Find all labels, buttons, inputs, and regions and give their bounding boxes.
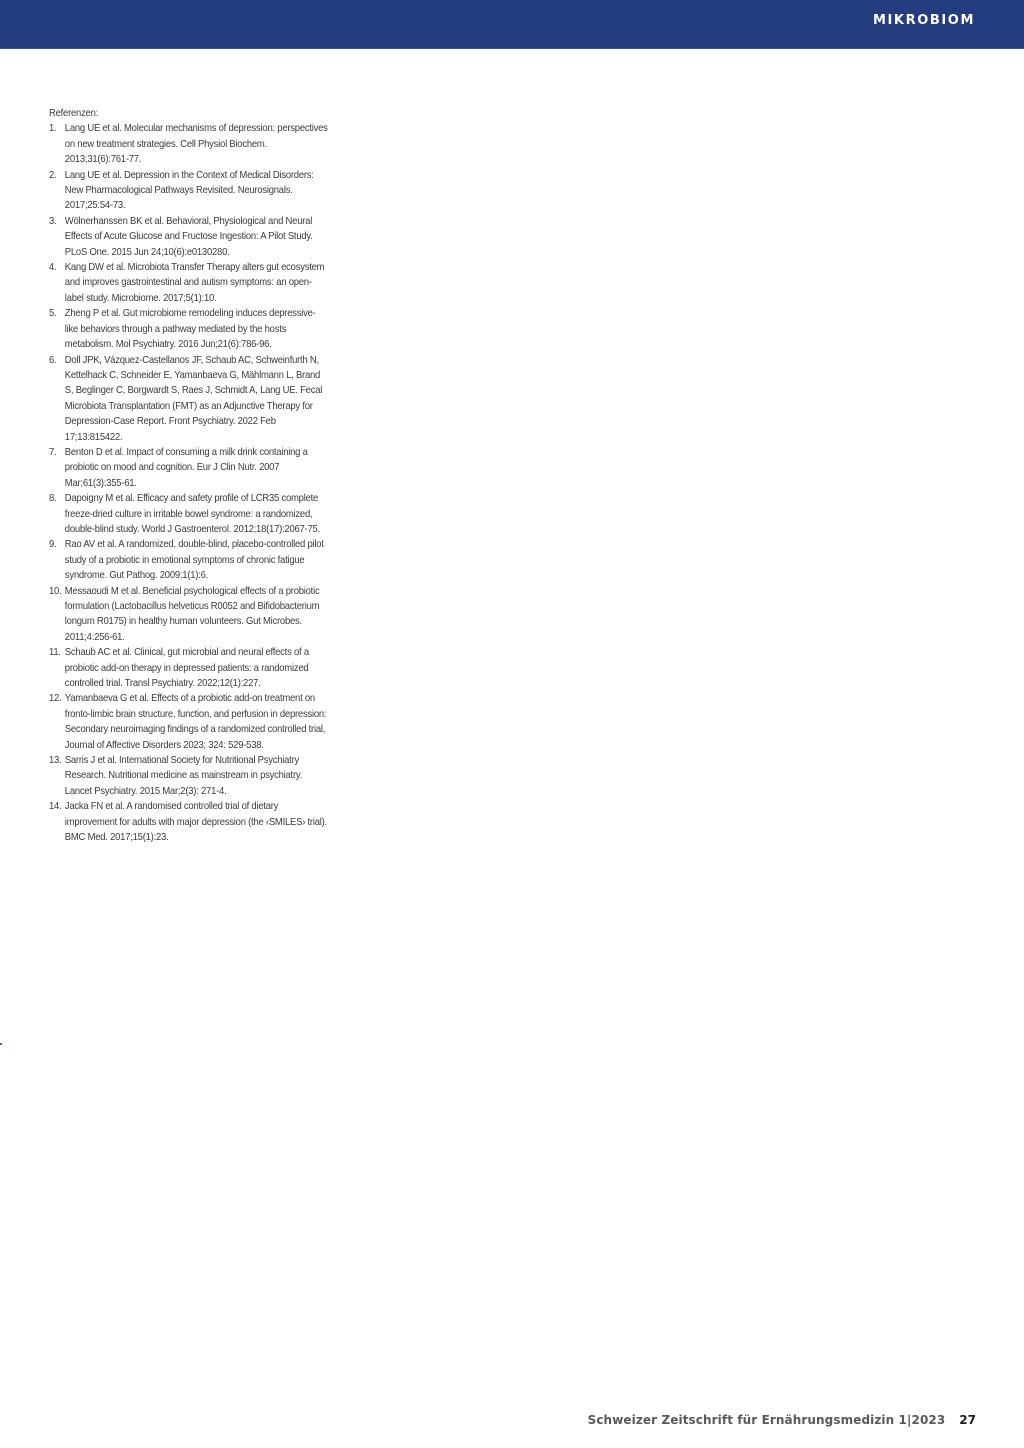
reference-item: 2.Lang UE et al. Depression in the Conte…: [49, 168, 328, 214]
section-label: MIKROBIOM: [873, 13, 975, 28]
reference-text: Lang UE et al. Molecular mechanisms of d…: [65, 121, 328, 167]
reference-number: 12.: [49, 691, 65, 706]
reference-number: 7.: [49, 445, 65, 460]
header-band: MIKROBIOM: [0, 0, 1024, 49]
reference-number: 3.: [49, 214, 65, 229]
reference-item: 14.Jacka FN et al. A randomised controll…: [49, 799, 328, 845]
reference-item: 5.Zheng P et al. Gut microbiome remodeli…: [49, 306, 328, 352]
references-section: Referenzen: 1.Lang UE et al. Molecular m…: [49, 106, 328, 846]
references-heading: Referenzen:: [49, 106, 328, 121]
reference-text: Schaub AC et al. Clinical, gut microbial…: [65, 645, 328, 691]
reference-text: Dapoigny M et al. Efficacy and safety pr…: [65, 491, 328, 537]
reference-number: 6.: [49, 353, 65, 368]
reference-text: Lang UE et al. Depression in the Context…: [65, 168, 328, 214]
reference-item: 11.Schaub AC et al. Clinical, gut microb…: [49, 645, 328, 691]
edge-mark: [0, 1043, 2, 1045]
reference-item: 8.Dapoigny M et al. Efficacy and safety …: [49, 491, 328, 537]
reference-number: 2.: [49, 168, 65, 183]
reference-text: Doll JPK, Vázquez-Castellanos JF, Schaub…: [65, 353, 328, 445]
reference-item: 4.Kang DW et al. Microbiota Transfer The…: [49, 260, 328, 306]
reference-text: Rao AV et al. A randomized, double-blind…: [65, 537, 328, 583]
reference-item: 1.Lang UE et al. Molecular mechanisms of…: [49, 121, 328, 167]
reference-item: 10.Messaoudi M et al. Beneficial psychol…: [49, 584, 328, 646]
reference-text: Messaoudi M et al. Beneficial psychologi…: [65, 584, 328, 646]
reference-text: Kang DW et al. Microbiota Transfer Thera…: [65, 260, 328, 306]
reference-number: 1.: [49, 121, 65, 136]
reference-item: 9.Rao AV et al. A randomized, double-bli…: [49, 537, 328, 583]
reference-item: 13.Sarris J et al. International Society…: [49, 753, 328, 799]
reference-number: 5.: [49, 306, 65, 321]
reference-text: Yamanbaeva G et al. Effects of a probiot…: [65, 691, 328, 753]
reference-number: 8.: [49, 491, 65, 506]
reference-number: 9.: [49, 537, 65, 552]
page-number: 27: [959, 1413, 976, 1427]
reference-number: 11.: [49, 645, 65, 660]
reference-number: 14.: [49, 799, 65, 814]
reference-item: 7.Benton D et al. Impact of consuming a …: [49, 445, 328, 491]
reference-text: Benton D et al. Impact of consuming a mi…: [65, 445, 328, 491]
reference-item: 12.Yamanbaeva G et al. Effects of a prob…: [49, 691, 328, 753]
reference-text: Sarris J et al. International Society fo…: [65, 753, 328, 799]
references-list: 1.Lang UE et al. Molecular mechanisms of…: [49, 121, 328, 845]
reference-item: 6.Doll JPK, Vázquez-Castellanos JF, Scha…: [49, 353, 328, 445]
reference-number: 10.: [49, 584, 65, 599]
reference-number: 13.: [49, 753, 65, 768]
reference-number: 4.: [49, 260, 65, 275]
reference-text: Wölnerhanssen BK et al. Behavioral, Phys…: [65, 214, 328, 260]
page-footer: Schweizer Zeitschrift für Ernährungsmedi…: [588, 1413, 976, 1427]
journal-title: Schweizer Zeitschrift für Ernährungsmedi…: [588, 1413, 946, 1427]
reference-text: Jacka FN et al. A randomised controlled …: [65, 799, 328, 845]
reference-item: 3.Wölnerhanssen BK et al. Behavioral, Ph…: [49, 214, 328, 260]
reference-text: Zheng P et al. Gut microbiome remodeling…: [65, 306, 328, 352]
